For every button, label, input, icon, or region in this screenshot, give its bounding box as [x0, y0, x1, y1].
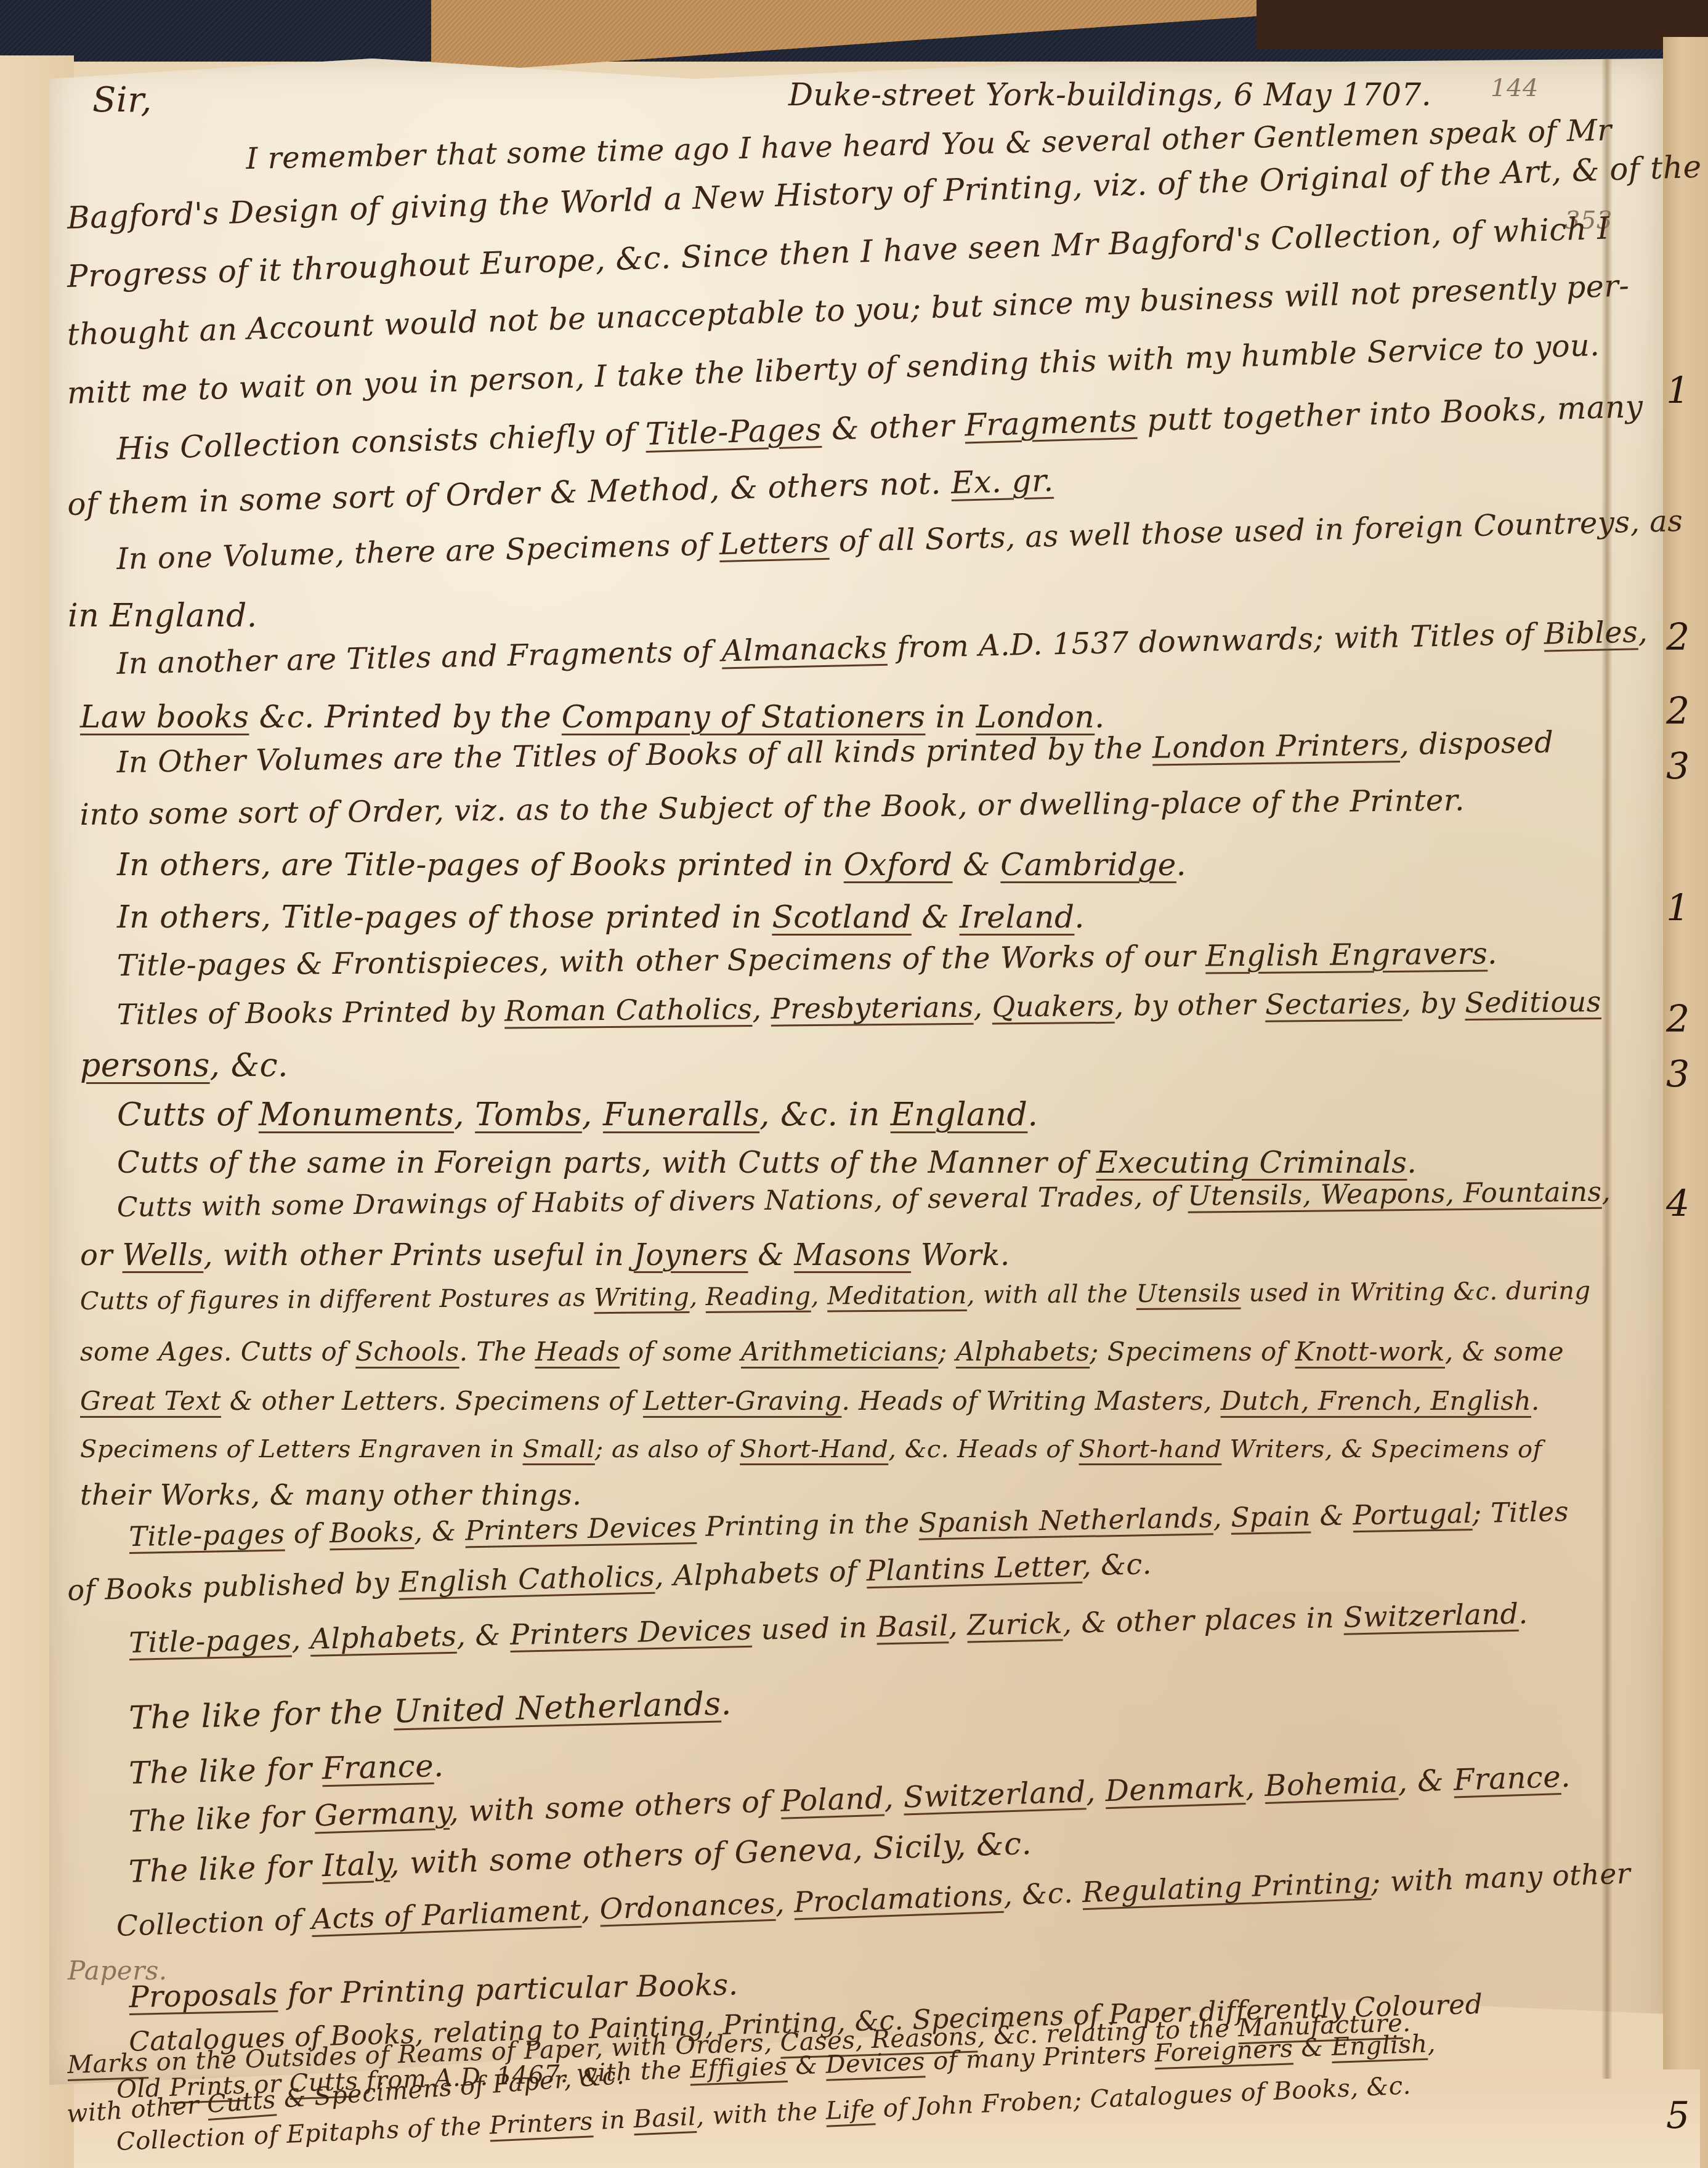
letter-line-24: some Ages. Cutts of Schools. The Heads o…: [80, 1337, 1564, 1367]
salutation: Sir,: [92, 80, 152, 120]
sheet-fold-shadow: [1601, 59, 1613, 2079]
letter-line-11: Law books &c. Printed by the Company of …: [80, 699, 1105, 735]
margin-number: 2: [1666, 690, 1690, 733]
margin-number: 1: [1666, 887, 1690, 930]
letter-line-25: Great Text & other Letters. Specimens of…: [80, 1386, 1540, 1416]
letter-line-22: or Wells, with other Prints useful in Jo…: [80, 1238, 1010, 1272]
margin-number: 2: [1666, 616, 1690, 659]
letter-line-27: their Works, & many other things.: [80, 1478, 581, 1511]
margin-number: 4: [1666, 1183, 1690, 1226]
margin-number: 2: [1666, 998, 1690, 1041]
letter-line-14: In others, are Title-pages of Books prin…: [117, 847, 1186, 883]
margin-number: 3: [1666, 745, 1690, 788]
folio-number: 144: [1491, 74, 1539, 102]
letter-line-26: Specimens of Letters Engraven in Small; …: [80, 1435, 1542, 1463]
margin-number: 3: [1666, 1053, 1690, 1096]
letter-line-20: Cutts of the same in Foreign parts, with…: [117, 1146, 1417, 1180]
letter-line-19: Cutts of Monuments, Tombs, Funeralls, &c…: [117, 1096, 1038, 1133]
dateline: Duke-street York-buildings, 6 May 1707.: [788, 77, 1431, 113]
letter-line-15: In others, Title-pages of those printed …: [117, 899, 1085, 935]
margin-number: 1: [1666, 370, 1690, 413]
margin-number: 5: [1666, 2094, 1690, 2137]
right-page-edge: [1663, 37, 1708, 2168]
letter-line-18: persons, &c.: [80, 1047, 288, 1084]
dark-binding-edge: [1257, 0, 1708, 49]
letter-line-9: in England.: [68, 597, 257, 634]
